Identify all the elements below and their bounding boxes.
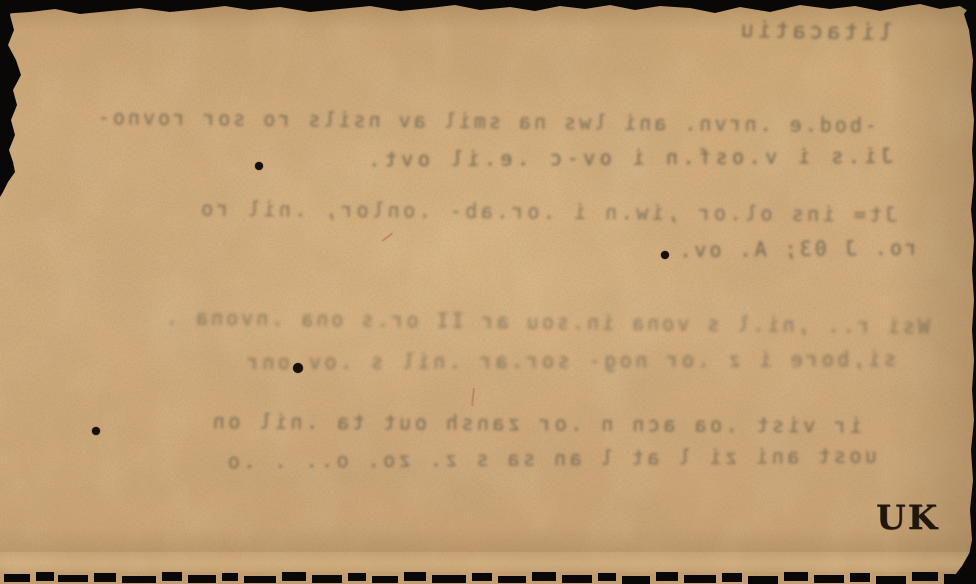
ink-speck [293, 363, 303, 373]
ink-marks-layer [0, 0, 976, 584]
paper-fiber [471, 388, 475, 406]
paper-fiber [382, 232, 393, 242]
uk-stamp: UK [876, 498, 939, 538]
ink-speck [661, 251, 669, 259]
ink-speck [92, 427, 100, 435]
ink-speck [255, 162, 263, 170]
postcard-scan: litacatiu-bod.e .nrvn. ani lws na smil a… [0, 0, 976, 584]
